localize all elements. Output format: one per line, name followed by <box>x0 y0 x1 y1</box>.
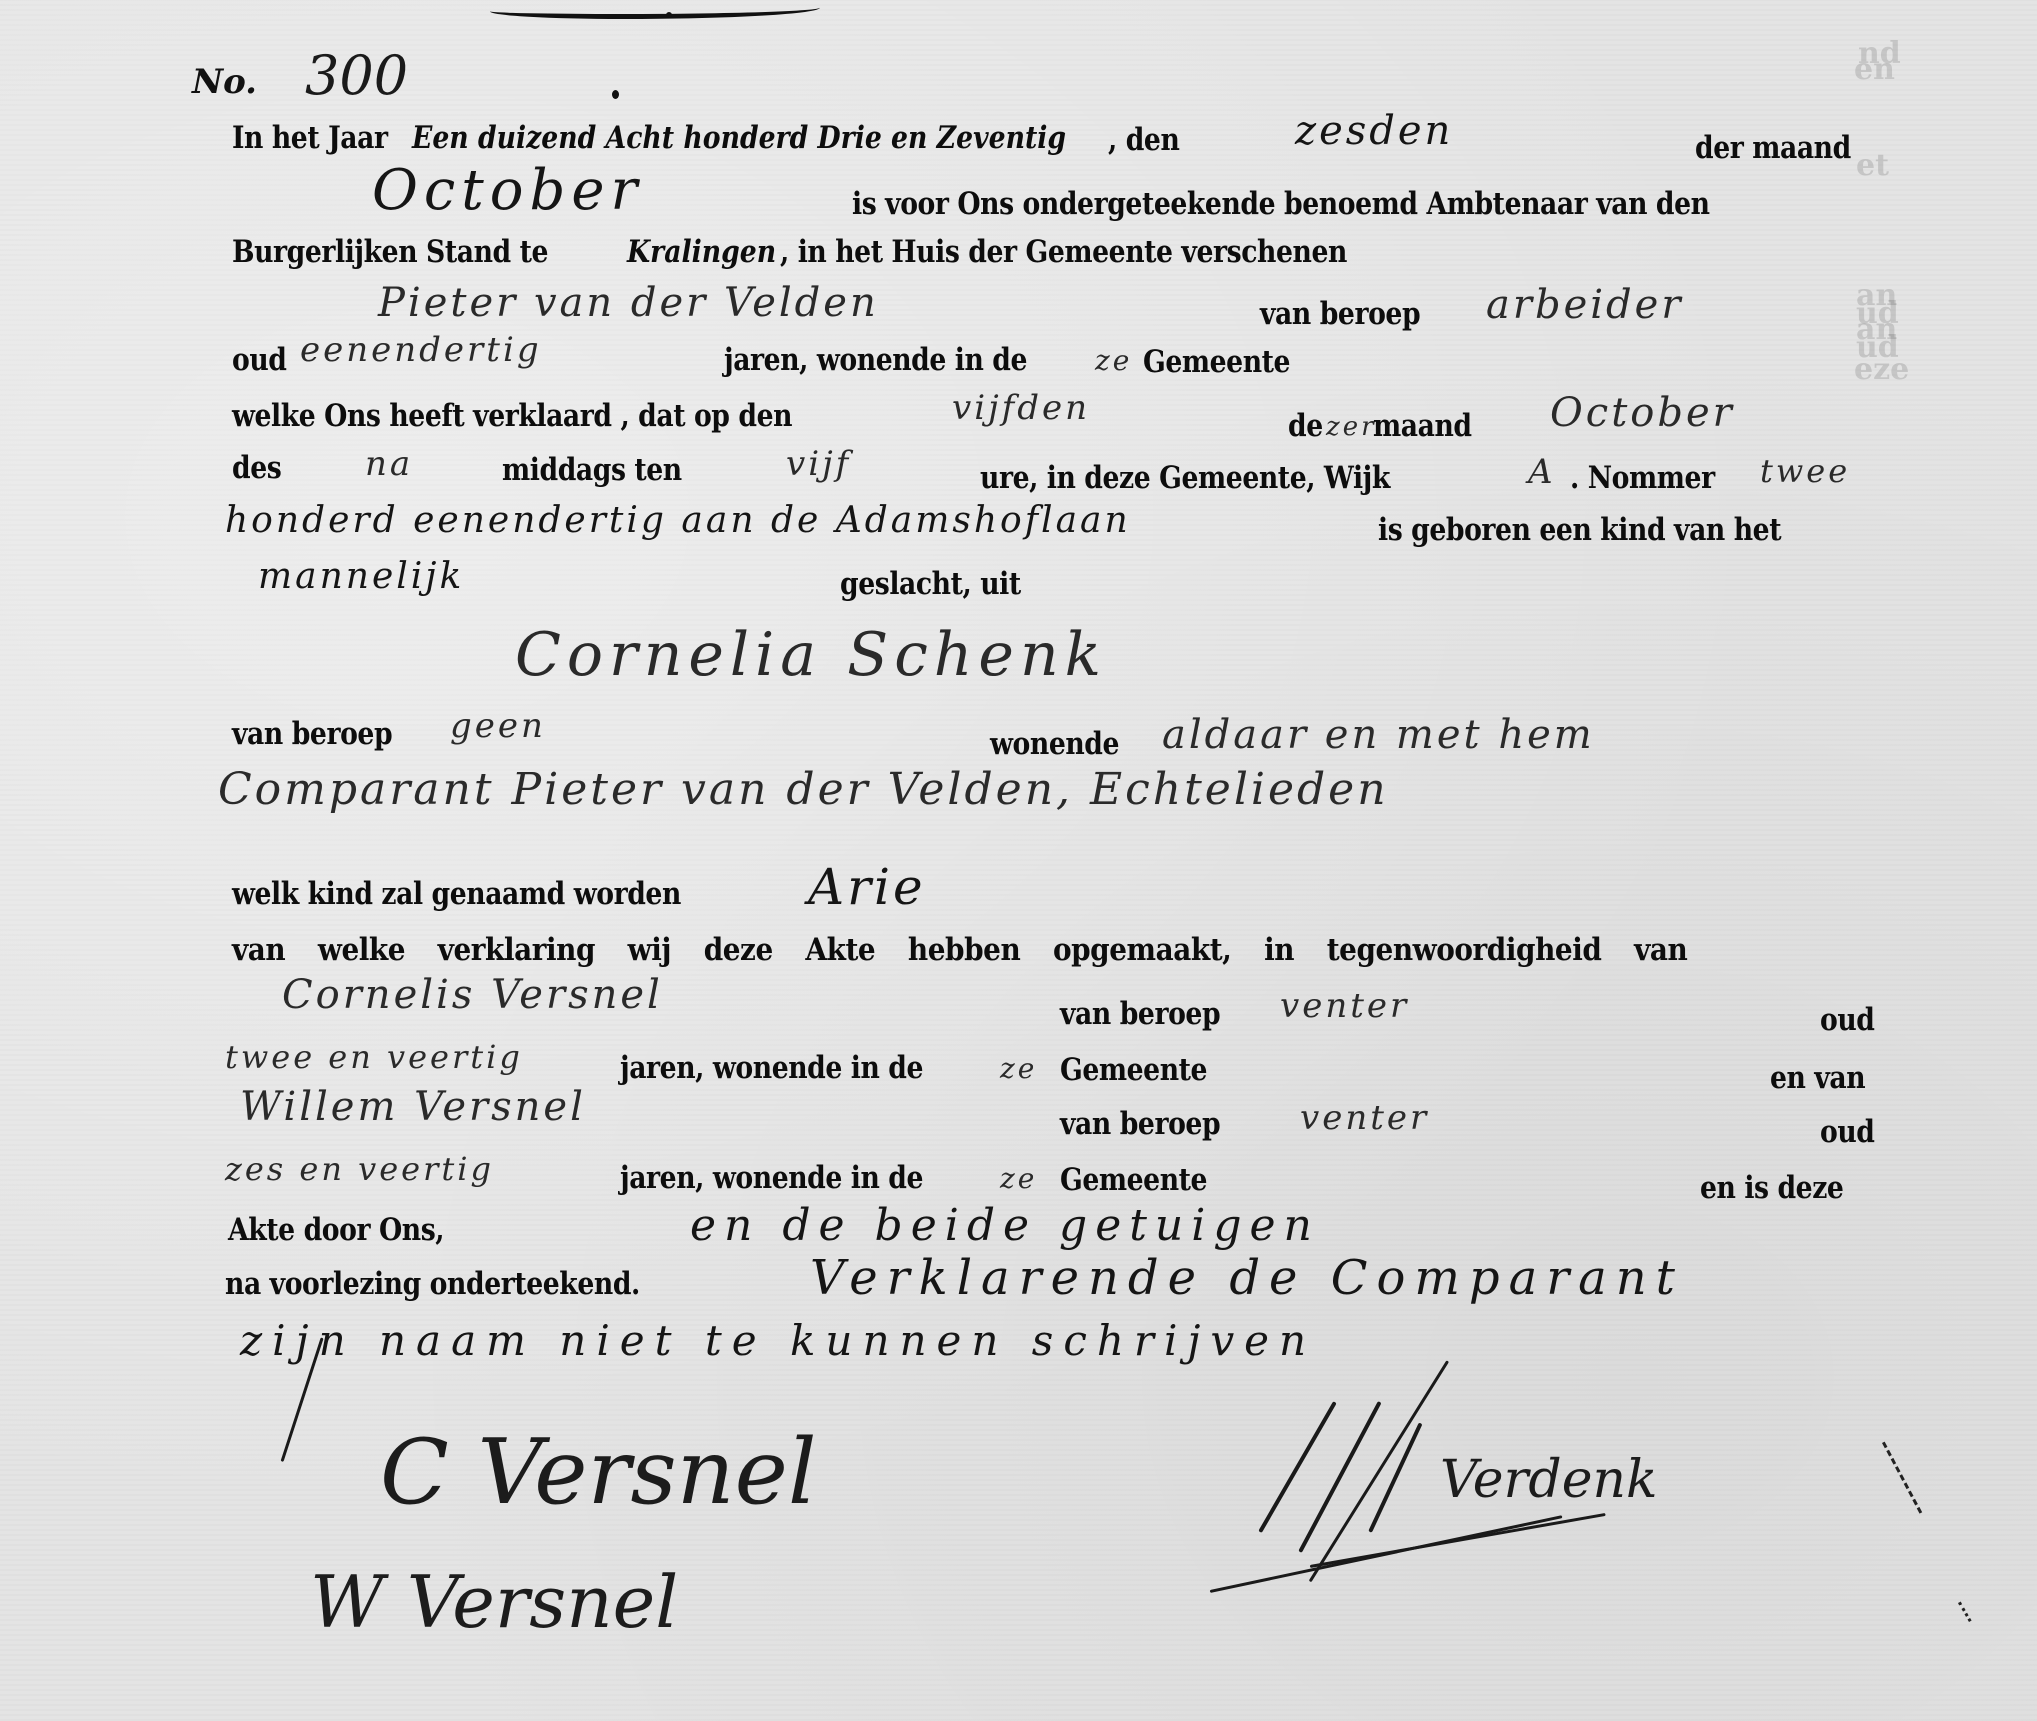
handwritten-comparant-line: Comparant Pieter van der Velden, Echteli… <box>218 764 1389 815</box>
ghost-fragment: eze <box>1854 352 1909 387</box>
handwritten-witness2-occupation: venter <box>1300 1098 1429 1138</box>
handwritten-mother-residence: aldaar en met hem <box>1162 712 1595 758</box>
handwritten-sex: mannelijk <box>258 556 464 597</box>
printed-text: de <box>1288 408 1323 444</box>
printed-text: maand <box>1373 408 1472 444</box>
printed-text: . Nommer <box>1570 460 1715 496</box>
handwritten-witness1-age: twee en veertig <box>225 1038 523 1076</box>
line-jaren: jaren, wonende in de <box>724 342 1076 378</box>
printed-text: van beroep <box>1260 296 1420 332</box>
signature-official-script: Verdenk <box>1440 1450 1657 1510</box>
handwritten-occupation: arbeider <box>1486 282 1683 328</box>
line-year-italic: Een duizend Acht honderd Drie en Zeventi… <box>412 120 1173 156</box>
printed-text: oud <box>1820 1002 1875 1038</box>
act-number-label: No. <box>192 62 257 102</box>
handwritten-witness1-occupation: venter <box>1280 986 1409 1026</box>
handwritten-birth-day: vijfden <box>952 388 1090 428</box>
line-en-is-deze: en is deze <box>1700 1170 1867 1206</box>
act-number-value: 300 <box>305 44 408 107</box>
line-der-maand: der maand <box>1695 130 1876 166</box>
line-geboren: is geboren een kind van het <box>1378 512 1847 548</box>
handwritten-address: honderd eenendertig aan de Adamshoflaan <box>225 500 1131 541</box>
printed-text: oud <box>1820 1114 1875 1150</box>
line-verklaard: welke Ons heeft verklaard , dat op den <box>232 398 883 434</box>
handwritten-month: October <box>372 158 643 223</box>
line-akte-door-ons: Akte door Ons, <box>228 1212 479 1248</box>
printed-text: Burgerlijken Stand te <box>232 234 548 270</box>
handwritten-age: eenendertig <box>300 330 542 370</box>
line-jaren-w2: jaren, wonende in de <box>620 1160 972 1196</box>
handwritten-mother-name: Cornelia Schenk <box>515 620 1107 690</box>
signature-witness1: C Versnel <box>380 1420 817 1525</box>
line-des: des <box>232 450 289 486</box>
place-name: Kralingen <box>627 234 776 270</box>
line-wijk: ure, in deze Gemeente, Wijk <box>980 460 1457 496</box>
printed-text: der maand <box>1695 130 1851 166</box>
handwritten-insert: ze <box>1000 1052 1037 1085</box>
handwritten-note: en de beide getuigen <box>690 1200 1320 1251</box>
printed-text: van beroep <box>232 716 392 752</box>
handwritten-insert: ze <box>1000 1162 1037 1195</box>
printed-text: van welke verklaring wij deze Akte hebbe… <box>232 932 1687 968</box>
printed-text: geslacht, uit <box>840 566 1021 602</box>
printed-text: na voorlezing onderteekend. <box>225 1266 640 1302</box>
line-en-van: en van <box>1770 1060 1881 1096</box>
line-beroep-1: van beroep <box>1260 296 1446 332</box>
printed-text: middags ten <box>502 452 682 488</box>
handwritten-day: zesden <box>1295 108 1453 154</box>
line-oud-w2: oud <box>1820 1114 1883 1150</box>
printed-text: van beroep <box>1060 996 1220 1032</box>
line-oud: oud <box>232 342 295 378</box>
printed-text: is voor Ons ondergeteekende benoemd Ambt… <box>852 186 1710 222</box>
line-maand: maand <box>1373 408 1488 444</box>
line-voorlezing: na voorlezing onderteekend. <box>225 1266 707 1302</box>
printed-text: welk kind zal genaamd worden <box>232 876 681 912</box>
line-beroep-mother: van beroep <box>232 716 418 752</box>
printed-text: Gemeente <box>1143 344 1290 380</box>
handwritten-note: Verklarende de Comparant <box>810 1250 1684 1306</box>
printed-text: Gemeente <box>1060 1162 1207 1198</box>
handwritten-insert: ze <box>1095 344 1132 377</box>
line-de: de <box>1288 408 1328 444</box>
line-beroep-w1: van beroep <box>1060 996 1246 1032</box>
bleed-through-text: nd en et an ud an ud eze <box>1838 0 2037 1721</box>
line-burgerlijke-stand: Burgerlijken Stand te <box>232 234 599 270</box>
printed-text: jaren, wonende in de <box>620 1050 923 1086</box>
printed-text: Gemeente <box>1060 1052 1207 1088</box>
handwritten-insert: zer <box>1326 412 1377 442</box>
handwritten-hour: vijf <box>786 444 851 484</box>
handwritten-witness2-age: zes en veertig <box>225 1150 494 1188</box>
handwritten-witness1-name: Cornelis Versnel <box>282 972 663 1018</box>
line-verschenen: , in het Huis der Gemeente verschenen <box>780 234 1439 270</box>
pen-stroke <box>1258 1401 1336 1533</box>
handwritten-part-of-day: na <box>365 444 413 484</box>
ink-dot <box>612 90 619 99</box>
printed-text: ure, in deze Gemeente, Wijk <box>980 460 1390 496</box>
printed-text: , in het Huis der Gemeente verschenen <box>780 234 1347 270</box>
line-den: , den <box>1108 122 1191 158</box>
line-gemeente-w2: Gemeente <box>1060 1162 1231 1198</box>
signature-witness2: W Versnel <box>310 1560 678 1644</box>
printed-text: welke Ons heeft verklaard , dat op den <box>232 398 792 434</box>
line-nommer: . Nommer <box>1570 460 1738 496</box>
handwritten-birth-month: October <box>1550 390 1735 436</box>
line-wonende: wonende <box>990 726 1140 762</box>
line-oud-w1: oud <box>1820 1002 1883 1038</box>
ghost-fragment: en <box>1854 52 1895 87</box>
handwritten-house-number: twee <box>1760 452 1850 490</box>
line-jaren-w1: jaren, wonende in de <box>620 1050 972 1086</box>
printed-text: jaren, wonende in de <box>620 1160 923 1196</box>
printed-text: en van <box>1770 1060 1865 1096</box>
printed-text: oud <box>232 342 287 378</box>
printed-text: is geboren een kind van het <box>1378 512 1781 548</box>
line-genaamd: welk kind zal genaamd worden <box>232 876 754 912</box>
line-geslacht: geslacht, uit <box>840 566 1050 602</box>
printed-text: des <box>232 450 281 486</box>
line-verklaring: van welke verklaring wij deze Akte hebbe… <box>232 932 1849 968</box>
handwritten-child-name: Arie <box>808 858 926 916</box>
printed-text: wonende <box>990 726 1119 762</box>
line-beroep-w2: van beroep <box>1060 1106 1246 1142</box>
line-middags: middags ten <box>502 452 711 488</box>
handwritten-declarant-name: Pieter van der Velden <box>378 280 879 326</box>
signature-official: Verdenk <box>1210 1400 1810 1600</box>
line-gemeente: Gemeente <box>1143 344 1314 380</box>
line-ambtenaar: is voor Ons ondergeteekende benoemd Ambt… <box>852 186 1849 222</box>
year-in-words: Een duizend Acht honderd Drie en Zeventi… <box>412 120 1066 156</box>
handwritten-mother-occupation: geen <box>450 706 546 746</box>
printed-text: van beroep <box>1060 1106 1220 1142</box>
line-year: In het Jaar <box>232 120 413 156</box>
handwritten-witness2-name: Willem Versnel <box>240 1084 586 1130</box>
printed-text: en is deze <box>1700 1170 1843 1206</box>
handwritten-note: zijn naam niet te kunnen schrijven <box>240 1316 1316 1365</box>
line-place: Kralingen <box>627 234 800 270</box>
pen-stroke <box>1368 1422 1422 1532</box>
signature-underline <box>1310 1513 1606 1568</box>
printed-text: Akte door Ons, <box>228 1212 444 1248</box>
printed-text: jaren, wonende in de <box>724 342 1027 378</box>
handwritten-wijk: A <box>1528 452 1556 492</box>
line-gemeente-w1: Gemeente <box>1060 1052 1231 1088</box>
printed-text: , den <box>1108 122 1179 158</box>
printed-text: In het Jaar <box>232 120 388 156</box>
ink-dot <box>666 12 672 18</box>
